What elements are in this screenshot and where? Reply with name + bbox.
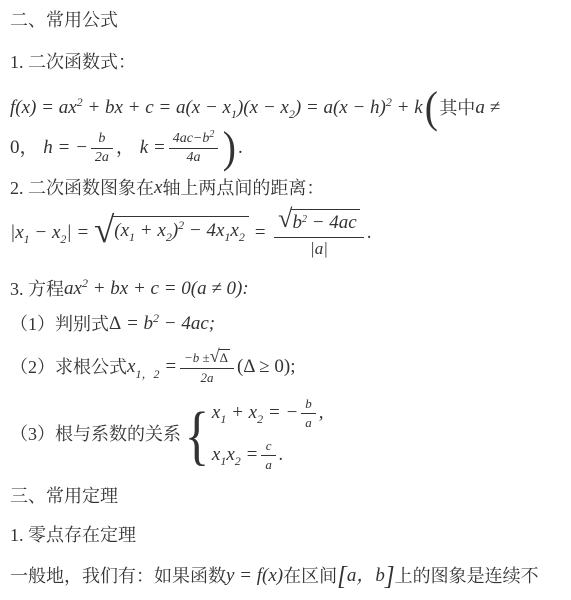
math-run: y = f(x): [226, 564, 283, 589]
numerator: √ b 2 − 4ac: [274, 208, 364, 238]
subscript: 1: [24, 232, 30, 247]
math-run: + x: [135, 219, 166, 244]
math-run: f(x) = ax: [10, 96, 77, 121]
math-run: (Δ ≥ 0);: [237, 355, 296, 380]
math-run: + bx + c = a(x − x: [83, 96, 231, 121]
math-run: − 4ac: [307, 211, 357, 236]
math-run: − 4x: [184, 219, 224, 244]
big-paren-close: ): [223, 126, 236, 170]
item-title-text: 1. 零点存在定理: [10, 523, 136, 547]
superscript: 2: [209, 129, 214, 140]
formula-quadratic-forms-cont: 0， h = − b 2a ， k = 4ac−b2 4a ) .: [10, 126, 243, 170]
formula-root-distance: |x 1 − x 2 | = √ (x 1 + x 2 ) 2 − 4x 1 x…: [10, 208, 371, 259]
denominator: 4a: [169, 149, 219, 166]
period: .: [367, 221, 372, 246]
formula-quadratic-forms: f(x) = ax 2 + bx + c = a(x − x 1 )(x − x…: [10, 86, 500, 130]
numerator: b: [91, 131, 113, 149]
math-run: )(x − x: [237, 96, 289, 121]
radical-sign: √: [94, 212, 113, 249]
math-run: (x: [114, 219, 129, 244]
section-heading-theorems: 三、常用定理: [10, 484, 118, 508]
superscript: 2: [77, 95, 83, 110]
subscript: 2: [166, 230, 172, 245]
superscript: 2: [302, 214, 307, 225]
period: .: [238, 136, 243, 161]
sub-item-root-formula: （2）求根公式 x 1，2 = −b ± √ Δ 2a (Δ ≥ 0);: [10, 349, 296, 386]
denominator: |a|: [274, 238, 364, 259]
fraction: b a: [301, 396, 316, 431]
equation-row: x 1 + x 2 = − b a ,: [212, 396, 324, 431]
square-root: √ b 2 − 4ac: [278, 208, 360, 236]
superscript: 2: [153, 311, 159, 326]
math-run: k =: [140, 136, 166, 161]
math-run: x: [154, 176, 162, 201]
numerator: b: [301, 396, 316, 414]
theorem-paragraph: 一般地，我们有：如果函数 y = f(x) 在区间 [ a，b ] 上的图象是连…: [10, 564, 539, 589]
comma: ,: [319, 401, 324, 426]
item1-title: 1. 二次函数式：: [10, 50, 136, 74]
cases-brace: {: [185, 402, 210, 468]
subscript: 1: [220, 454, 226, 469]
denominator: 2a: [180, 369, 234, 386]
denominator: 2a: [91, 149, 113, 166]
math-run: 0，: [10, 136, 43, 161]
subscript: 2: [235, 454, 241, 469]
cjk-text: （2）求根公式: [10, 355, 127, 379]
math-run: ax: [64, 277, 82, 302]
superscript: 2: [386, 95, 392, 110]
superscript: 2: [178, 218, 184, 233]
math-run: x: [230, 219, 238, 244]
cjk-text: 3. 方程: [10, 277, 64, 301]
theorem-item-title: 1. 零点存在定理: [10, 523, 136, 547]
sub-item-discriminant: （1）判别式 Δ = b 2 − 4ac;: [10, 312, 215, 337]
cjk-text: 在区间: [283, 564, 337, 588]
math-run: 4ac−b: [173, 131, 210, 147]
item3-title: 3. 方程 ax 2 + bx + c = 0(a ≠ 0):: [10, 277, 249, 302]
radicand: Δ: [219, 349, 230, 366]
fraction: 4ac−b2 4a: [169, 131, 219, 166]
math-run: | =: [66, 221, 94, 246]
sub-item-vieta: （3）根与系数的关系 { x 1 + x 2 = − b a , x 1 x 2: [10, 396, 324, 473]
subscript: 1: [129, 230, 135, 245]
equation-system: x 1 + x 2 = − b a , x 1 x 2 = c a: [212, 396, 324, 473]
math-run: a，b: [347, 564, 385, 589]
math-run: =: [241, 443, 259, 468]
numerator: c: [261, 438, 276, 456]
math-run: = −: [263, 401, 298, 426]
math-run: + k: [392, 96, 423, 121]
math-run: x: [212, 401, 220, 426]
comma: ，: [116, 136, 140, 161]
subscript: 1，2: [135, 365, 159, 382]
radicand: (x 1 + x 2 ) 2 − 4x 1 x 2: [113, 216, 249, 244]
cjk-text: （1）判别式: [10, 312, 109, 336]
fraction: √ b 2 − 4ac |a|: [274, 208, 364, 259]
math-run: − x: [30, 221, 61, 246]
denominator: a: [261, 456, 276, 473]
fraction: c a: [261, 438, 276, 473]
math-run: + bx + c = 0(a ≠ 0):: [88, 277, 249, 302]
math-run: = b: [121, 312, 153, 337]
period: .: [279, 443, 284, 468]
radical-sign: √: [278, 206, 291, 232]
radicand: b 2 − 4ac: [291, 209, 359, 236]
equation-row: x 1 x 2 = c a .: [212, 438, 324, 473]
superscript: 2: [82, 276, 88, 291]
math-run: x: [212, 443, 220, 468]
bracket-open: [: [337, 563, 347, 589]
subscript: 2: [289, 107, 295, 122]
math-run: ) = a(x − h): [295, 96, 386, 121]
square-root: √ Δ: [210, 349, 230, 367]
fraction: −b ± √ Δ 2a: [180, 349, 234, 386]
subscript: 2: [239, 230, 245, 245]
numerator: −b ± √ Δ: [180, 349, 234, 369]
heading-text: 二、常用公式: [10, 8, 118, 32]
numerator: 4ac−b2: [169, 131, 219, 149]
cjk-text: 其中: [439, 96, 475, 120]
math-run: a ≠: [475, 96, 500, 121]
math-run: h = −: [43, 136, 88, 161]
subscript: 2: [60, 232, 66, 247]
big-paren-open: (: [424, 86, 437, 130]
cjk-text: 轴上两点间的距离：: [162, 176, 324, 200]
subscript: 1: [224, 230, 230, 245]
subscript: 1: [220, 412, 226, 427]
cjk-text: （3）根与系数的关系: [10, 422, 181, 446]
cjk-text: 2. 二次函数图象在: [10, 176, 154, 200]
math-run: −b ±: [184, 350, 210, 366]
cjk-text: 上的图象是连续不: [395, 564, 539, 588]
document-page: 二、常用公式 1. 二次函数式： f(x) = ax 2 + bx + c = …: [0, 0, 571, 600]
subscript: 2: [257, 412, 263, 427]
denominator: a: [301, 414, 316, 431]
math-run: =: [249, 221, 271, 246]
math-run: =: [159, 355, 177, 380]
bracket-close: ]: [385, 563, 395, 589]
item-title-text: 1. 二次函数式：: [10, 50, 136, 74]
math-run: |x: [10, 221, 24, 246]
fraction: b 2a: [91, 131, 113, 166]
section-heading-formulas: 二、常用公式: [10, 8, 118, 32]
square-root: √ (x 1 + x 2 ) 2 − 4x 1 x 2: [94, 215, 249, 252]
math-run: x: [226, 443, 234, 468]
math-run: x: [127, 355, 135, 380]
math-run: + x: [226, 401, 257, 426]
math-run: b: [292, 211, 302, 236]
subscript: 1: [231, 107, 237, 122]
radical-sign: √: [210, 347, 219, 365]
cjk-text: 一般地，我们有：如果函数: [10, 564, 226, 588]
item2-title: 2. 二次函数图象在 x 轴上两点间的距离：: [10, 176, 324, 201]
math-run: − 4ac;: [159, 312, 215, 337]
math-run: Δ: [109, 312, 121, 337]
heading-text: 三、常用定理: [10, 484, 118, 508]
